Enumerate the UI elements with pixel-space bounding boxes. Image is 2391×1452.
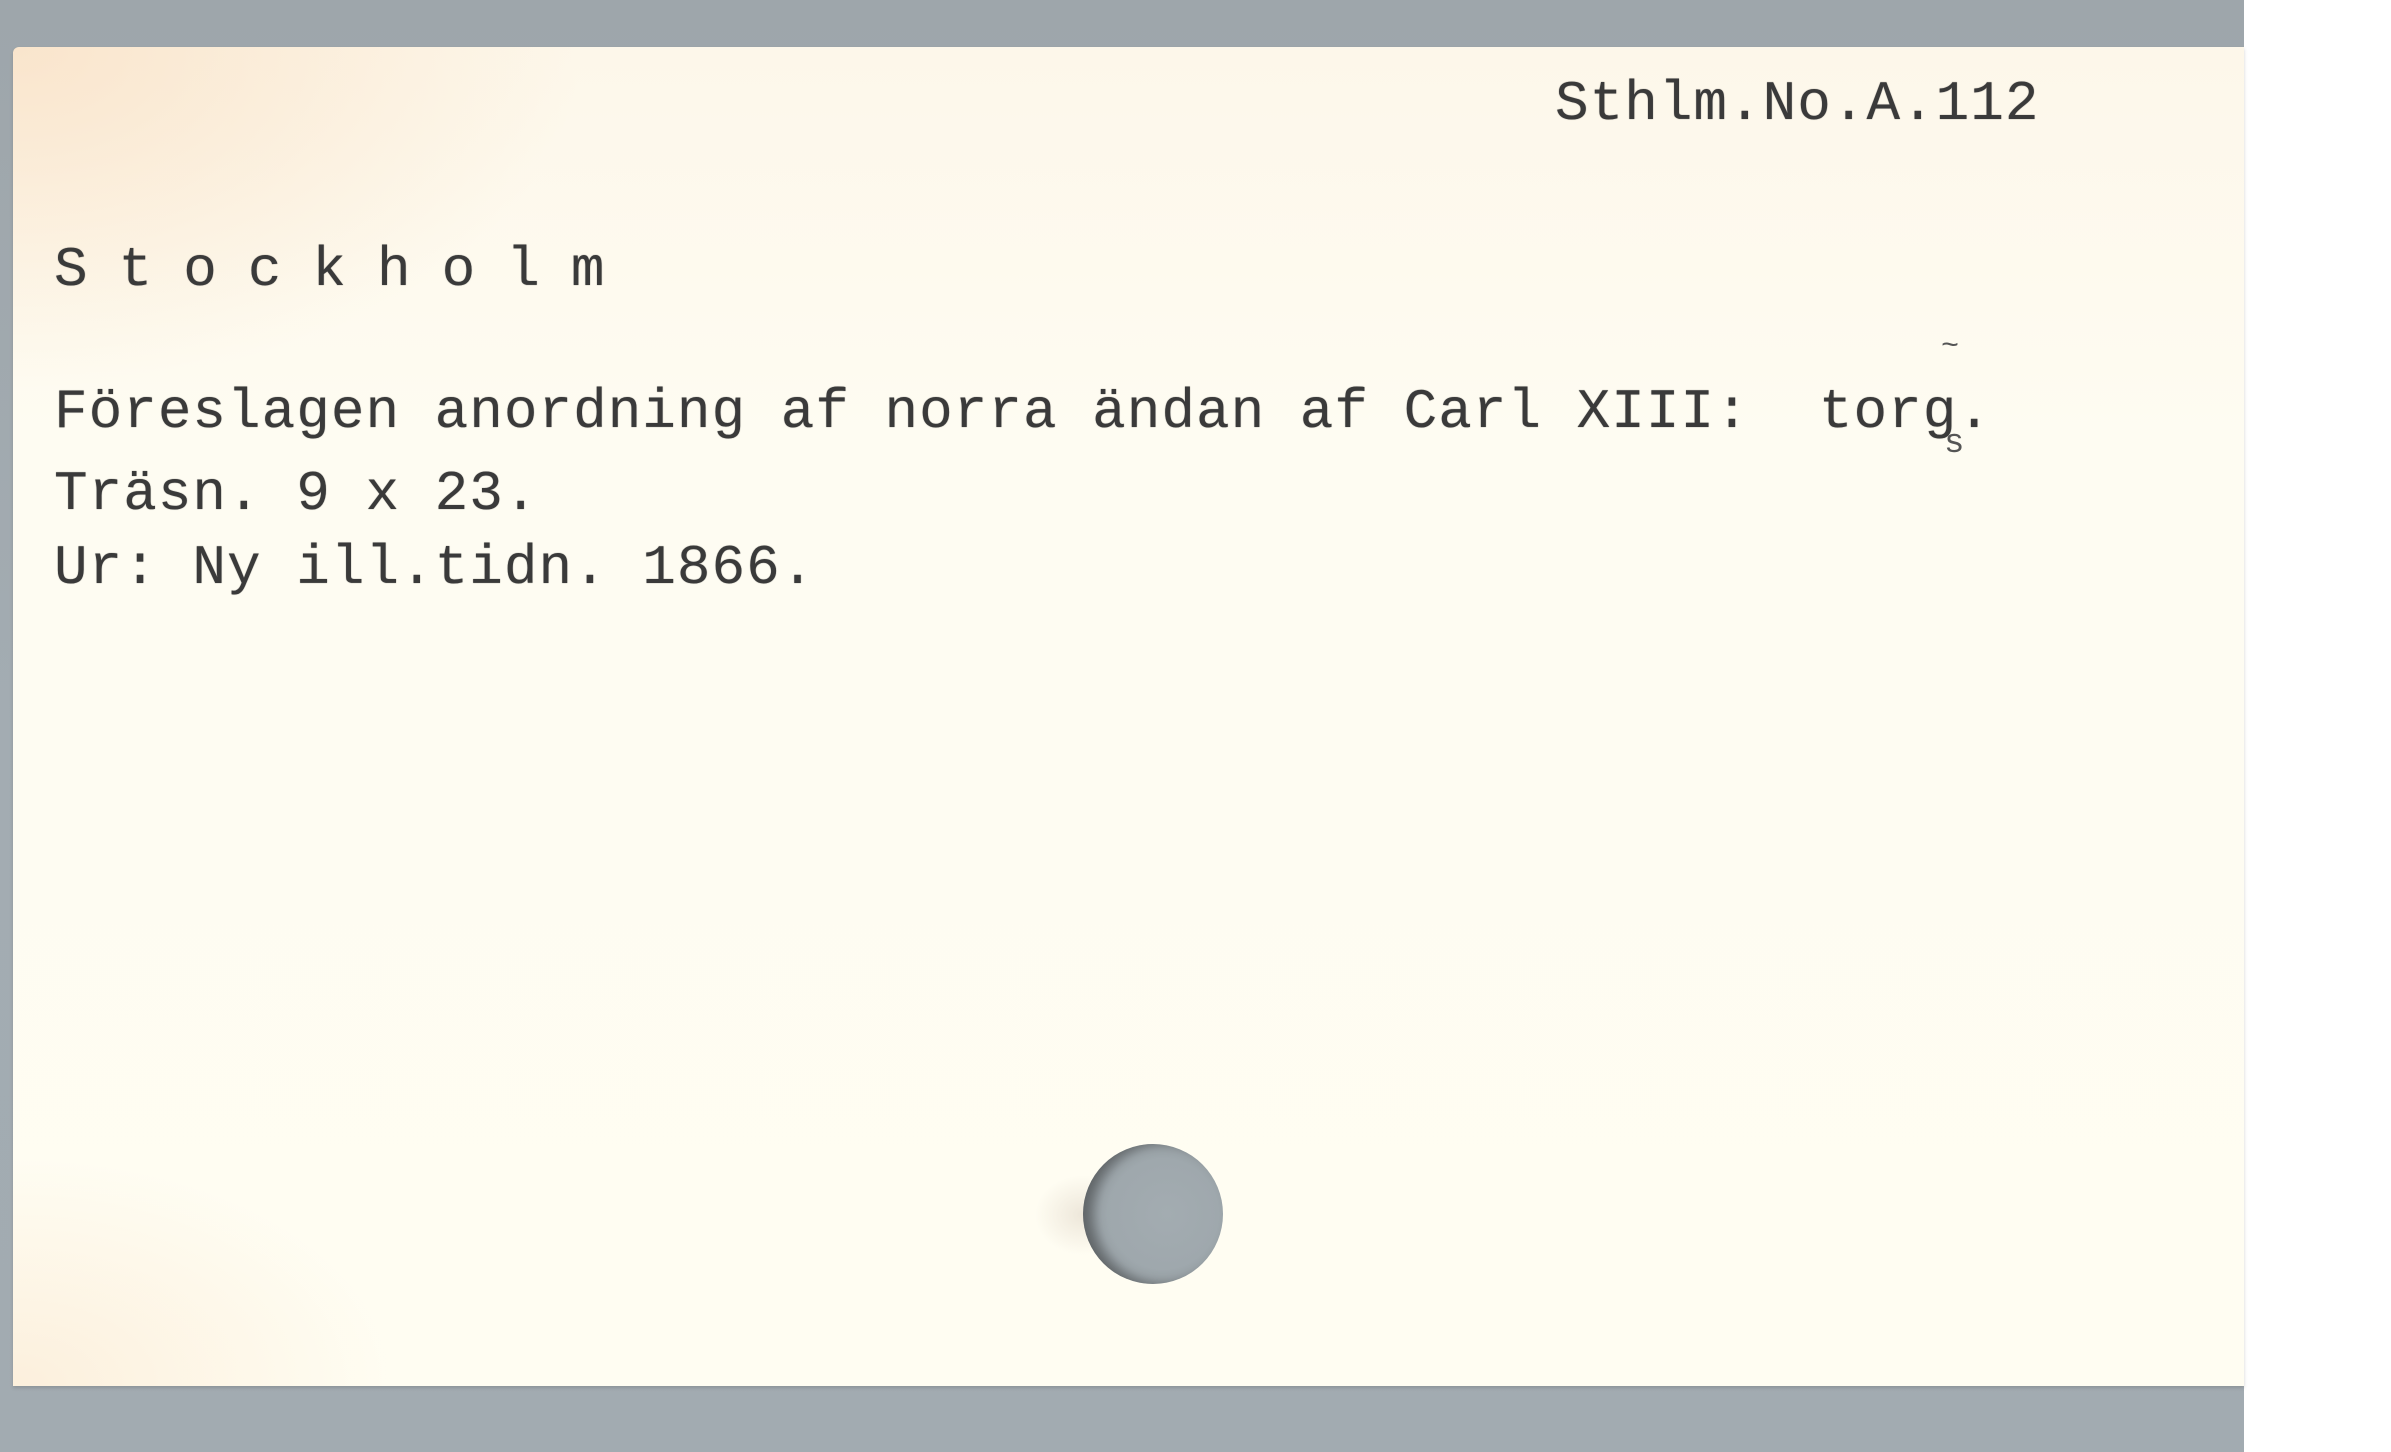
punch-hole xyxy=(1083,1144,1223,1284)
correction-tilde: ~ xyxy=(1941,330,1959,364)
call-number: Sthlm.No.A.112 xyxy=(1555,72,2039,136)
technique-line: Träsn. 9 x 23. xyxy=(54,462,538,526)
title-end: torg. xyxy=(1819,380,1992,444)
card-heading: Stockholm xyxy=(54,238,635,302)
source-line: Ur: Ny ill.tidn. 1866. xyxy=(54,536,815,600)
title-line: Föreslagen anordning af norra ändan af C… xyxy=(54,380,1992,444)
correction-subscript: s xyxy=(1944,425,1964,463)
title-text: Föreslagen anordning af norra ändan af C… xyxy=(54,380,1750,444)
